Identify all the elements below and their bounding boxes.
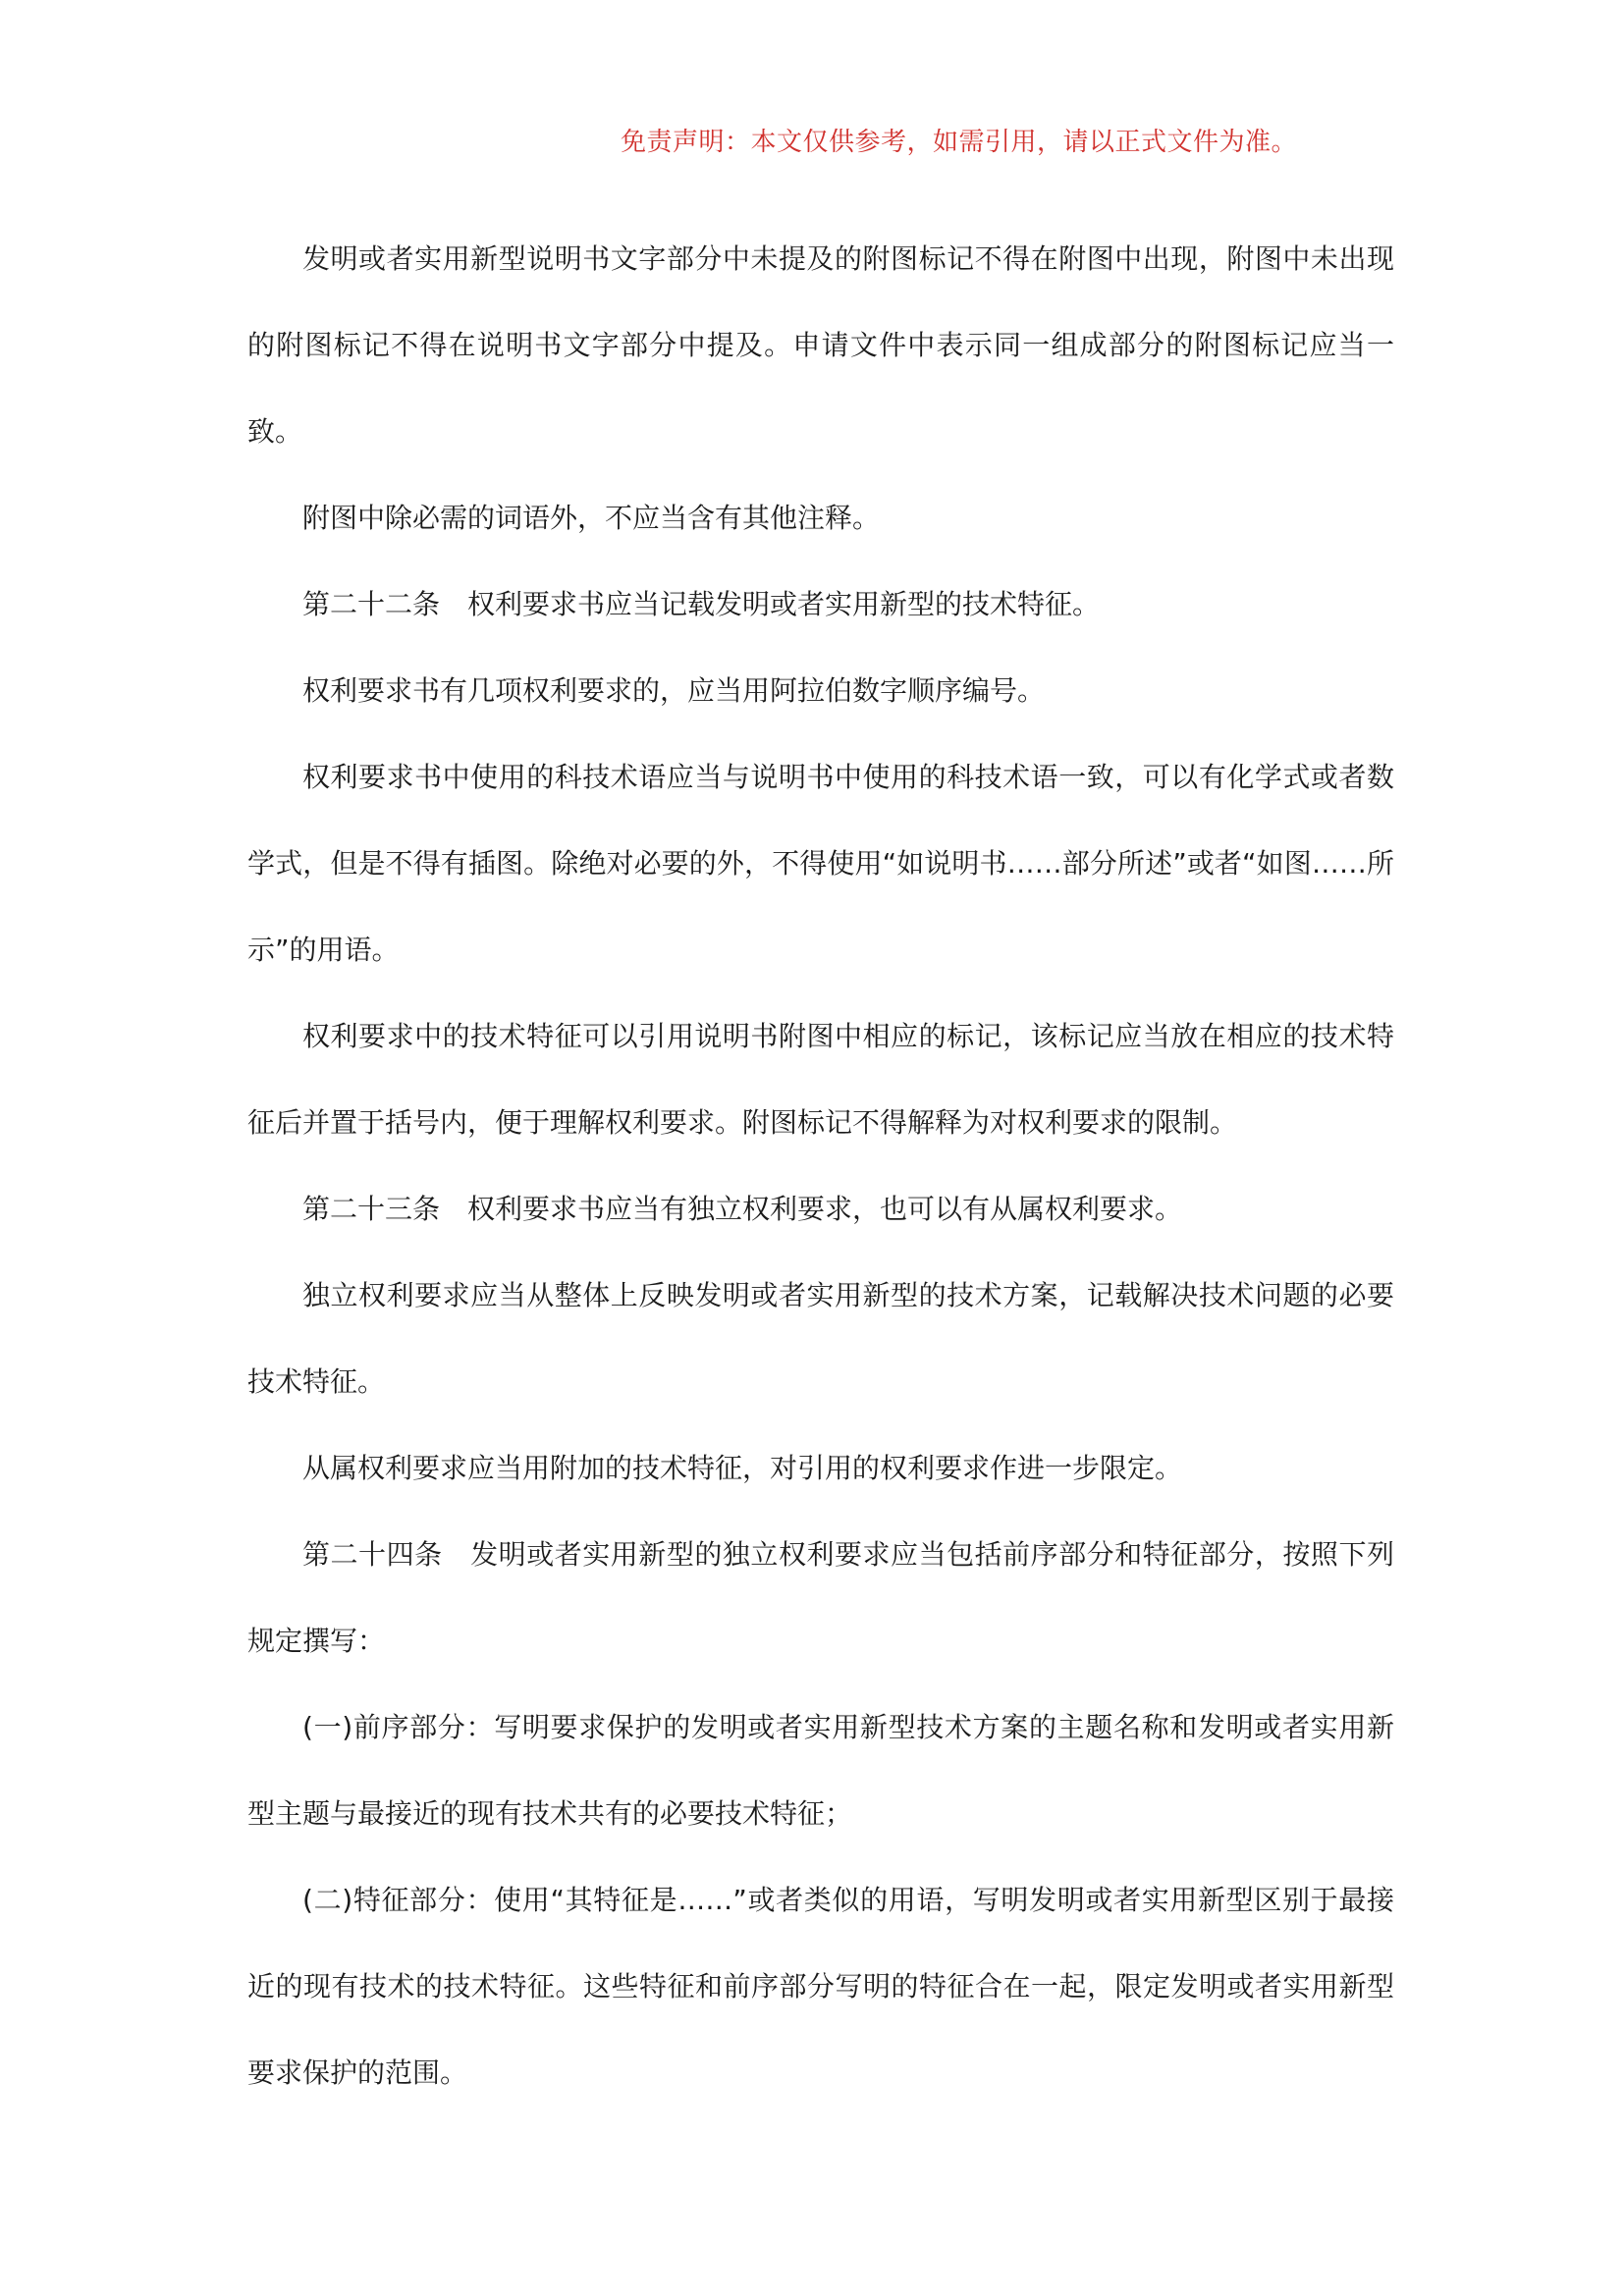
paragraph: (一)前序部分：写明要求保护的发明或者实用新型技术方案的主题名称和发明或者实用新… (247, 1684, 1394, 1857)
paragraph: 从属权利要求应当用附加的技术特征，对引用的权利要求作进一步限定。 (247, 1425, 1394, 1512)
paragraph: 发明或者实用新型说明书文字部分中未提及的附图标记不得在附图中出现，附图中未出现的… (247, 216, 1394, 475)
document-body: 发明或者实用新型说明书文字部分中未提及的附图标记不得在附图中出现，附图中未出现的… (247, 216, 1394, 2116)
article-22-heading: 第二十二条 权利要求书应当记载发明或者实用新型的技术特征。 (247, 561, 1394, 648)
paragraph: 权利要求中的技术特征可以引用说明书附图中相应的标记，该标记应当放在相应的技术特征… (247, 993, 1394, 1166)
paragraph: 独立权利要求应当从整体上反映发明或者实用新型的技术方案，记载解决技术问题的必要技… (247, 1253, 1394, 1425)
paragraph: 附图中除必需的词语外，不应当含有其他注释。 (247, 475, 1394, 561)
paragraph: (二)特征部分：使用“其特征是……”或者类似的用语，写明发明或者实用新型区别于最… (247, 1857, 1394, 2116)
article-23-heading: 第二十三条 权利要求书应当有独立权利要求，也可以有从属权利要求。 (247, 1166, 1394, 1253)
paragraph: 权利要求书中使用的科技术语应当与说明书中使用的科技术语一致，可以有化学式或者数学… (247, 734, 1394, 993)
disclaimer-text: 免责声明：本文仅供参考，如需引用，请以正式文件为准。 (621, 122, 1297, 158)
article-24-heading: 第二十四条 发明或者实用新型的独立权利要求应当包括前序部分和特征部分，按照下列规… (247, 1512, 1394, 1684)
paragraph: 权利要求书有几项权利要求的，应当用阿拉伯数字顺序编号。 (247, 648, 1394, 734)
